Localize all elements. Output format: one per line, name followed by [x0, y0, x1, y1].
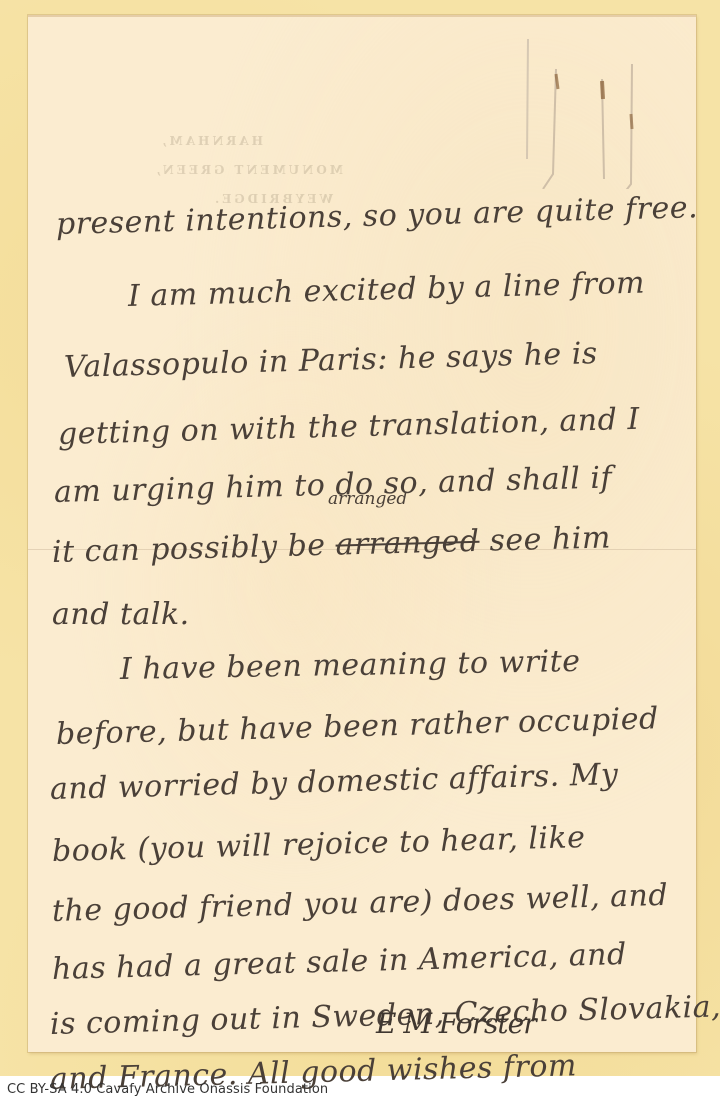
letter-line-4: getting on with the translation, and I	[58, 402, 641, 452]
letter-line-11: book (you will rejoice to hear, like	[52, 820, 586, 869]
letter-line-3: Valassopulo in Paris: he says he is	[64, 336, 599, 385]
letter-line-6: it can possibly be arranged see him	[52, 520, 612, 570]
letter-line-7: and talk.	[52, 597, 190, 632]
letter-line-13: has had a great sale in America, and	[52, 937, 628, 987]
letter-line-10: and worried by domestic affairs. My	[50, 757, 619, 807]
letterhead-line-2: MONUMENT GREEN,	[123, 156, 343, 185]
letter-line-12: the good friend you are) does well, and	[52, 878, 669, 929]
license-caption: CC BY-SA 4.0 Cavafy Archive Onassis Foun…	[7, 1082, 328, 1097]
pencil-marks-icon	[503, 39, 663, 189]
letter-line-8: I have been meaning to write	[120, 644, 581, 687]
letter-line-6-tail: see him	[489, 520, 611, 558]
letter-line-2: I am much excited by a line from	[128, 265, 646, 314]
signature: E M Forster	[376, 1007, 536, 1040]
inserted-word-arranged: arranged	[328, 489, 407, 509]
archive-mount-background: HARNHAM, MONUMENT GREEN, WEYBRIDGE. pres…	[0, 0, 720, 1076]
letter-page: HARNHAM, MONUMENT GREEN, WEYBRIDGE. pres…	[28, 15, 696, 1052]
letter-line-9: before, but have been rather occupied	[56, 701, 660, 752]
letter-line-6-start: it can possibly be	[52, 528, 326, 570]
struck-through-word: arranged	[335, 524, 480, 563]
letterhead-line-1: HARNHAM,	[123, 127, 343, 156]
